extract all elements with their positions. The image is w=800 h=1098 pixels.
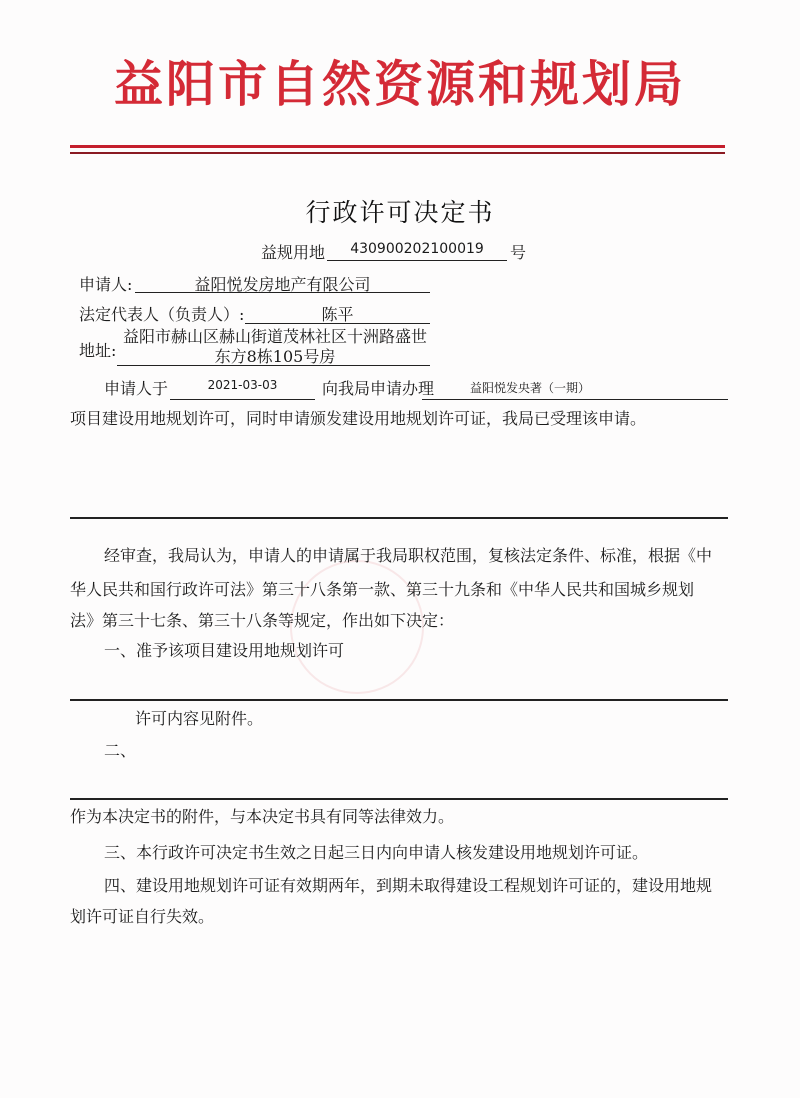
decision-item-2: 二、 — [104, 736, 136, 766]
document-number-suffix: 号 — [510, 240, 526, 263]
letterhead-red-rule-thick — [70, 145, 725, 148]
document-number-prefix: 益规用地 — [261, 240, 325, 263]
application-prefix: 申请人于 — [104, 376, 168, 399]
decision-item-2-note: 作为本决定书的附件，与本决定书具有同等法律效力。 — [70, 802, 454, 832]
application-project-underline — [422, 399, 728, 400]
address-underline — [117, 365, 430, 366]
application-date: 2021-03-03 — [170, 378, 315, 392]
letterhead-red-rule-thin — [70, 152, 725, 154]
decision-item-4-line-2: 划许可证自行失效。 — [70, 902, 214, 932]
application-continuation: 项目建设用地规划许可，同时申请颁发建设用地规划许可证，我局已受理该申请。 — [70, 404, 646, 434]
applicant-underline — [135, 292, 430, 293]
address-line-2: 东方8栋105号房 — [115, 344, 435, 367]
decision-item-1: 一、准予该项目建设用地规划许可 — [104, 636, 344, 666]
blank-fill-line-3 — [70, 798, 728, 800]
document-number-underline — [327, 260, 507, 261]
document-number-value: 430900202100019 — [327, 241, 507, 257]
review-line-2: 华人民共和国行政许可法》第三十八条第一款、第三十九条和《中华人民共和国城乡规划 — [70, 575, 694, 605]
review-line-3: 法》第三十七条、第三十八条等规定，作出如下决定： — [70, 606, 454, 636]
decision-item-1-note: 许可内容见附件。 — [135, 704, 263, 734]
blank-fill-line-1 — [70, 517, 728, 519]
decision-item-4-line-1: 四、建设用地规划许可证有效期两年，到期未取得建设工程规划许可证的，建设用地规 — [104, 871, 712, 901]
applicant-label: 申请人: — [79, 272, 132, 295]
application-date-underline — [170, 399, 315, 400]
document-title: 行政许可决定书 — [0, 193, 800, 229]
decision-item-3: 三、本行政许可决定书生效之日起三日内向申请人核发建设用地规划许可证。 — [104, 838, 648, 868]
application-middle: 向我局申请办理 — [322, 376, 434, 399]
legal-rep-value: 陈平 — [245, 302, 430, 325]
application-project-name: 益阳悦发央著（一期） — [430, 379, 630, 396]
agency-letterhead: 益阳市自然资源和规划局 — [0, 46, 800, 116]
blank-fill-line-2 — [70, 699, 728, 701]
legal-rep-label: 法定代表人（负责人）: — [79, 302, 244, 325]
review-line-1: 经审查，我局认为，申请人的申请属于我局职权范围，复核法定条件、标准，根据《中 — [104, 541, 712, 571]
address-label: 地址: — [79, 338, 116, 361]
